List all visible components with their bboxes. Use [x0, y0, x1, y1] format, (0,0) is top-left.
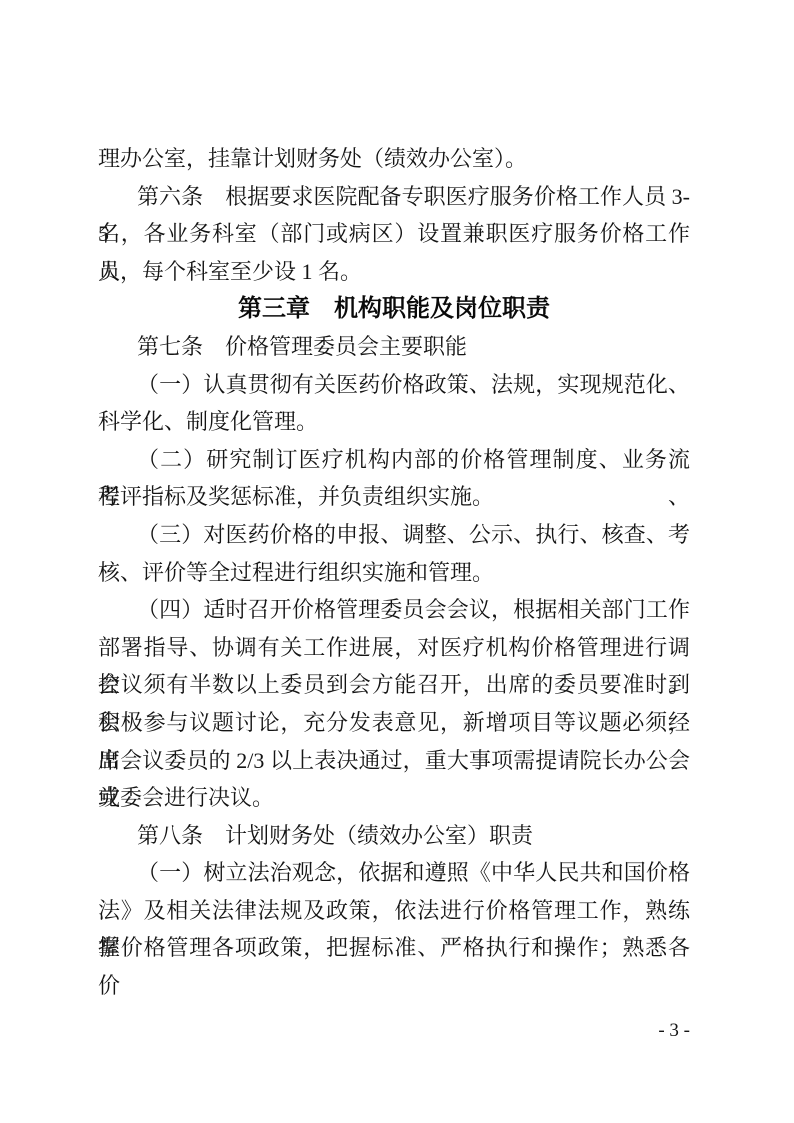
page-number: - 3 - — [658, 1020, 690, 1042]
text-line: 部署指导、协调有关工作进展，对医疗机构价格管理进行调控。 — [98, 629, 690, 667]
text-line: 科学化、制度化管理。 — [98, 403, 690, 441]
text-line: （一）认真贯彻有关医药价格政策、法规，实现规范化、 — [98, 366, 690, 404]
text-line: 积极参与议题讨论，充分发表意见，新增项目等议题必须经出 — [98, 704, 690, 742]
text-line: 名，各业务科室（部门或病区）设置兼职医疗服务价格工作人 — [98, 215, 690, 253]
text-line: 握价格管理各项政策，把握标准、严格执行和操作；熟悉各价 — [98, 929, 690, 967]
document-page: 理办公室，挂靠计划财务处（绩效办公室）。 第六条 根据要求医院配备专职医疗服务价… — [0, 0, 794, 1123]
text-line: 核、评价等全过程进行组织实施和管理。 — [98, 554, 690, 592]
text-line: （四）适时召开价格管理委员会会议，根据相关部门工作 — [98, 591, 690, 629]
text-line: （二）研究制订医疗机构内部的价格管理制度、业务流程、 — [98, 441, 690, 479]
text-line: 第六条 根据要求医院配备专职医疗服务价格工作人员 3-5 — [98, 178, 690, 216]
text-line: 党委会进行决议。 — [98, 779, 690, 817]
text-line: （一）树立法治观念，依据和遵照《中华人民共和国价格 — [98, 854, 690, 892]
text-line: 第七条 价格管理委员会主要职能 — [98, 328, 690, 366]
text-line: 法》及相关法律法规及政策，依法进行价格管理工作，熟练掌 — [98, 892, 690, 930]
chapter-heading: 第三章 机构职能及岗位职责 — [98, 290, 690, 328]
text-line: 第八条 计划财务处（绩效办公室）职责 — [98, 817, 690, 855]
text-line: 理办公室，挂靠计划财务处（绩效办公室）。 — [98, 140, 690, 178]
text-line: （三）对医药价格的申报、调整、公示、执行、核查、考 — [98, 516, 690, 554]
text-line: 席会议委员的 2/3 以上表决通过，重大事项需提请院长办公会或 — [98, 742, 690, 780]
text-line: 会议须有半数以上委员到会方能召开，出席的委员要准时到会， — [98, 666, 690, 704]
text-line: 员，每个科室至少设 1 名。 — [98, 253, 690, 291]
document-content: 理办公室，挂靠计划财务处（绩效办公室）。 第六条 根据要求医院配备专职医疗服务价… — [98, 140, 690, 967]
